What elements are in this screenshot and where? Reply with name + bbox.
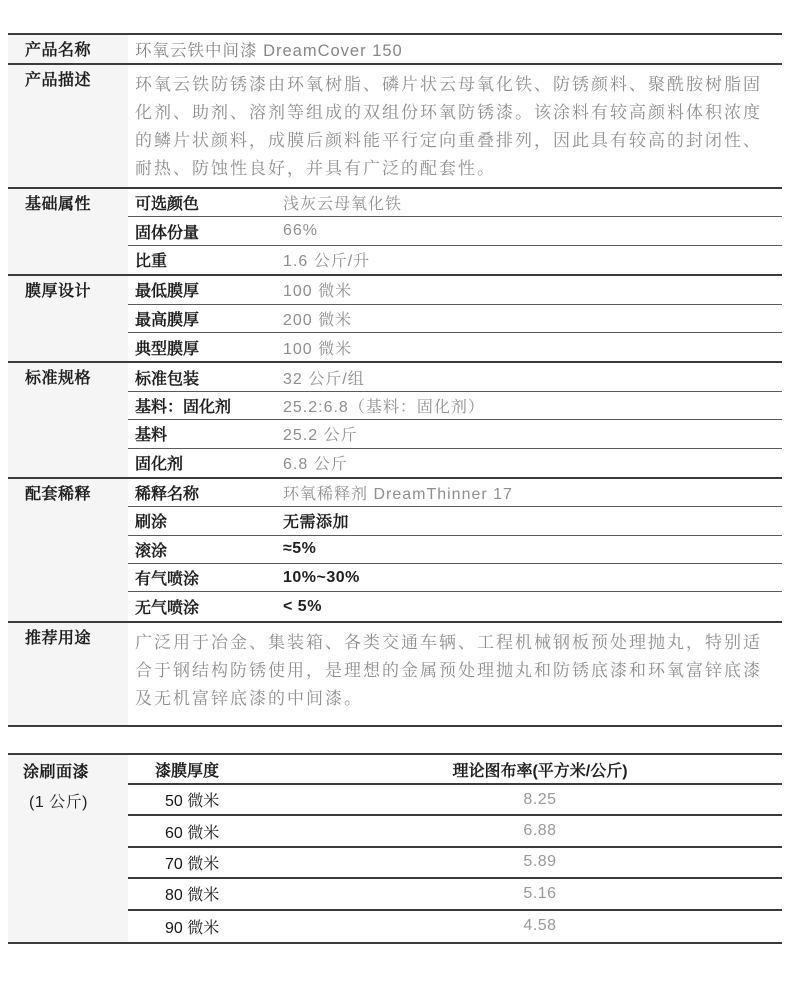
attr-name: 有气喷涂 <box>128 566 283 589</box>
attr-value: 25.2 公斤 <box>283 422 782 445</box>
coverage-row: 70 微米 5.89 <box>128 848 782 879</box>
thickness-cell: 90 微米 <box>128 915 298 938</box>
spec-row: 可选颜色 浅灰云母氧化铁 <box>128 189 782 217</box>
attr-name: 最低膜厚 <box>128 278 283 301</box>
thickness-column-header: 漆膜厚度 <box>128 758 298 781</box>
section-basic-properties: 基础属性 可选颜色 浅灰云母氧化铁 固体份量 66% 比重 1.6 公斤/升 <box>8 187 782 274</box>
spec-row: 刷涂 无需添加 <box>128 507 782 535</box>
spec-row: 基料：固化剂 25.2:6.8（基料：固化剂） <box>128 392 782 420</box>
attr-value: 100 微米 <box>283 278 782 301</box>
thickness-cell: 70 微米 <box>128 851 298 874</box>
attr-name: 基料 <box>128 422 283 445</box>
section-label: 配套稀释 <box>8 479 128 621</box>
spec-row: 标准包装 32 公斤/组 <box>128 363 782 391</box>
attr-value: 32 公斤/组 <box>283 366 782 389</box>
recommended-use-text: 广泛用于冶金、集装箱、各类交通车辆、工程机械钢板预处理抛丸，特别适合于钢结构防锈… <box>128 623 782 725</box>
rate-cell: 5.89 <box>298 853 782 871</box>
thickness-cell: 80 微米 <box>128 882 298 905</box>
section-film-thickness-design: 膜厚设计 最低膜厚 100 微米 最高膜厚 200 微米 典型膜厚 100 微米 <box>8 274 782 361</box>
product-spec-sheet: 产品名称 环氧云铁中间漆 DreamCover 150 产品描述 环氧云铁防锈漆… <box>0 0 790 998</box>
attr-value: 66% <box>283 222 782 240</box>
coverage-row: 50 微米 8.25 <box>128 785 782 816</box>
attr-name: 刷涂 <box>128 509 283 532</box>
spec-row: 基料 25.2 公斤 <box>128 420 782 448</box>
attr-value: 环氧稀释剂 DreamThinner 17 <box>283 481 782 504</box>
spec-row: 比重 1.6 公斤/升 <box>128 246 782 274</box>
attr-name: 滚涂 <box>128 538 283 561</box>
spec-row: 稀释名称 环氧稀释剂 DreamThinner 17 <box>128 479 782 507</box>
product-name-value: 环氧云铁中间漆 DreamCover 150 <box>128 37 403 61</box>
attr-value: 200 微米 <box>283 307 782 330</box>
rate-cell: 4.58 <box>298 917 782 935</box>
rate-cell: 5.16 <box>298 885 782 903</box>
attr-value: 25.2:6.8（基料：固化剂） <box>283 394 782 417</box>
section-label: 产品描述 <box>8 65 128 187</box>
thickness-cell: 60 微米 <box>128 820 298 843</box>
attr-value: 6.8 公斤 <box>283 451 782 474</box>
spec-row: 最高膜厚 200 微米 <box>128 305 782 333</box>
attr-value: ≈5% <box>283 540 782 558</box>
rate-cell: 8.25 <box>298 791 782 809</box>
attr-name: 稀释名称 <box>128 481 283 504</box>
coverage-row: 90 微米 4.58 <box>128 911 782 942</box>
spec-row: 固化剂 6.8 公斤 <box>128 449 782 477</box>
section-recommended-use: 推荐用途 广泛用于冶金、集装箱、各类交通车辆、工程机械钢板预处理抛丸，特别适合于… <box>8 621 782 725</box>
section-label: 膜厚设计 <box>8 276 128 361</box>
coverage-header-row: 漆膜厚度 理论图布率(平方米/公斤) <box>128 755 782 785</box>
coverage-label-line2: (1 公斤) <box>8 788 128 818</box>
spec-row: 固体份量 66% <box>128 217 782 245</box>
attr-name: 比重 <box>128 248 283 271</box>
attr-value: 10%~30% <box>283 569 782 587</box>
product-description-text: 环氧云铁防锈漆由环氧树脂、磷片状云母氧化铁、防锈颜料、聚酰胺树脂固化剂、助剂、溶… <box>128 65 782 187</box>
section-label: 基础属性 <box>8 189 128 274</box>
section-label: 产品名称 <box>8 35 128 63</box>
section-product-name: 产品名称 环氧云铁中间漆 DreamCover 150 <box>8 35 782 63</box>
section-label: 标准规格 <box>8 363 128 477</box>
spec-row: 典型膜厚 100 微米 <box>128 333 782 361</box>
attr-name: 典型膜厚 <box>128 336 283 359</box>
attr-value: < 5% <box>283 598 782 616</box>
attr-name: 无气喷涂 <box>128 595 283 618</box>
attr-value: 浅灰云母氧化铁 <box>283 191 782 214</box>
rate-cell: 6.88 <box>298 822 782 840</box>
spec-row: 无气喷涂 < 5% <box>128 592 782 620</box>
coverage-row: 60 微米 6.88 <box>128 816 782 847</box>
spec-row: 滚涂 ≈5% <box>128 536 782 564</box>
attr-value: 100 微米 <box>283 336 782 359</box>
coverage-label: 涂刷面漆 (1 公斤) <box>8 755 128 942</box>
attr-name: 基料：固化剂 <box>128 394 283 417</box>
attr-value: 1.6 公斤/升 <box>283 248 782 271</box>
attr-value: 无需添加 <box>283 509 782 532</box>
thickness-cell: 50 微米 <box>128 788 298 811</box>
section-standard-spec: 标准规格 标准包装 32 公斤/组 基料：固化剂 25.2:6.8（基料：固化剂… <box>8 361 782 477</box>
spec-row: 最低膜厚 100 微米 <box>128 276 782 304</box>
attr-name: 最高膜厚 <box>128 307 283 330</box>
section-product-description: 产品描述 环氧云铁防锈漆由环氧树脂、磷片状云母氧化铁、防锈颜料、聚酰胺树脂固化剂… <box>8 63 782 187</box>
coverage-table: 涂刷面漆 (1 公斤) 漆膜厚度 理论图布率(平方米/公斤) 50 微米 8.2… <box>8 753 782 944</box>
section-thinner-pairing: 配套稀释 稀释名称 环氧稀释剂 DreamThinner 17 刷涂 无需添加 … <box>8 477 782 621</box>
rate-column-header: 理论图布率(平方米/公斤) <box>298 758 782 781</box>
coverage-row: 80 微米 5.16 <box>128 879 782 910</box>
section-label: 推荐用途 <box>8 623 128 725</box>
spec-row: 有气喷涂 10%~30% <box>128 564 782 592</box>
attr-name: 固化剂 <box>128 451 283 474</box>
coverage-label-line1: 涂刷面漆 <box>8 758 128 788</box>
spec-row: 环氧云铁中间漆 DreamCover 150 <box>128 35 782 63</box>
attr-name: 标准包装 <box>128 366 283 389</box>
attr-name: 可选颜色 <box>128 191 283 214</box>
attr-name: 固体份量 <box>128 220 283 243</box>
product-spec-table: 产品名称 环氧云铁中间漆 DreamCover 150 产品描述 环氧云铁防锈漆… <box>8 33 782 727</box>
